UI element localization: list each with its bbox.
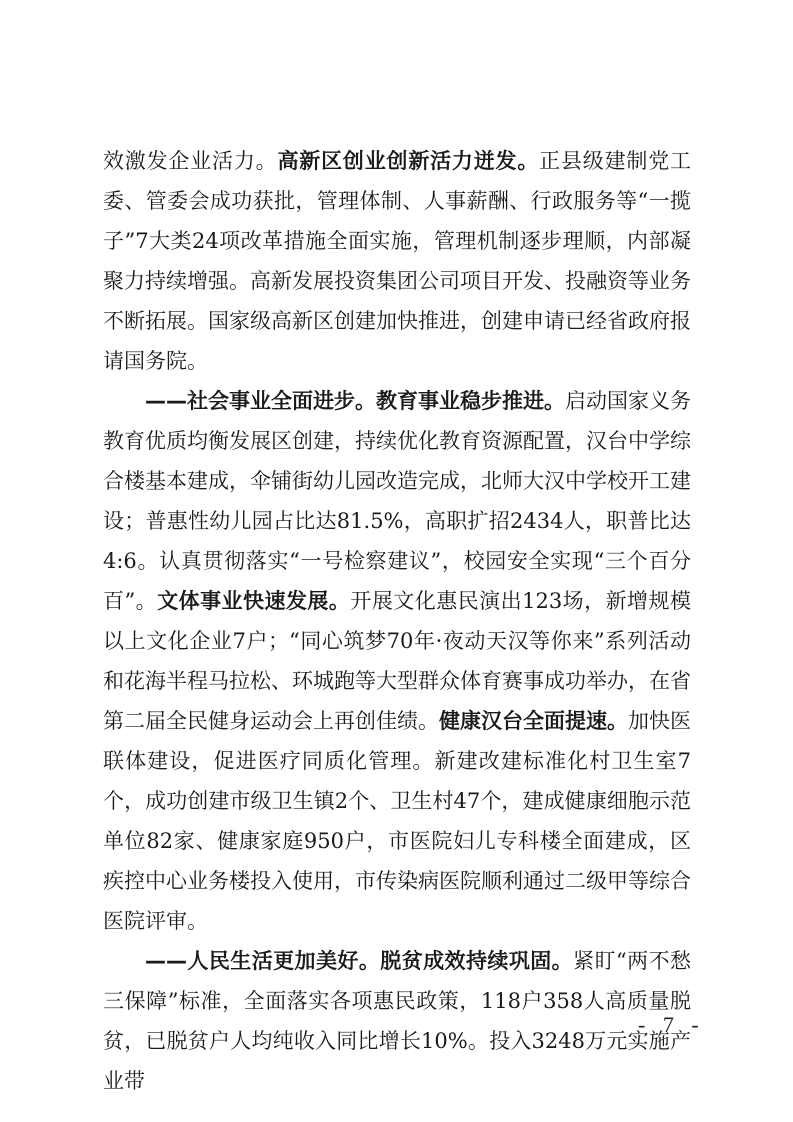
paragraph-high-tech-zone: 效激发企业活力。高新区创业创新活力迸发。正县级建制党工委、管委会成功获批，管理体…: [103, 141, 691, 381]
text-run: 效激发企业活力。: [103, 149, 277, 173]
heading-high-tech-zone: 高新区创业创新活力迸发。: [277, 149, 539, 173]
heading-livelihood: ——人民生活更加美好。脱贫成效持续巩固。: [145, 949, 573, 973]
text-run: 加快医联体建设，促进医疗同质化管理。新建改建标准化村卫生室7个，成功创建市级卫生…: [103, 709, 691, 933]
heading-culture-sports: 文体事业快速发展。: [157, 589, 350, 613]
text-run: 启动国家义务教育优质均衡发展区创建，持续优化教育资源配置，汉台中学综合楼基本建成…: [103, 389, 691, 613]
text-run: 正县级建制党工委、管委会成功获批，管理体制、人事薪酬、行政服务等“一揽子”7大类…: [103, 149, 691, 373]
heading-social-affairs: ——社会事业全面进步。教育事业稳步推进。: [145, 389, 565, 413]
paragraph-social-affairs: ——社会事业全面进步。教育事业稳步推进。启动国家义务教育优质均衡发展区创建，持续…: [103, 381, 691, 941]
document-page: 效激发企业活力。高新区创业创新活力迸发。正县级建制党工委、管委会成功获批，管理体…: [0, 0, 793, 1122]
page-number: - 7 -: [638, 1012, 705, 1038]
body-text: 效激发企业活力。高新区创业创新活力迸发。正县级建制党工委、管委会成功获批，管理体…: [103, 141, 691, 1101]
paragraph-livelihood: ——人民生活更加美好。脱贫成效持续巩固。紧盯“两不愁三保障”标准，全面落实各项惠…: [103, 941, 691, 1101]
heading-health: 健康汉台全面提速。: [439, 709, 628, 733]
